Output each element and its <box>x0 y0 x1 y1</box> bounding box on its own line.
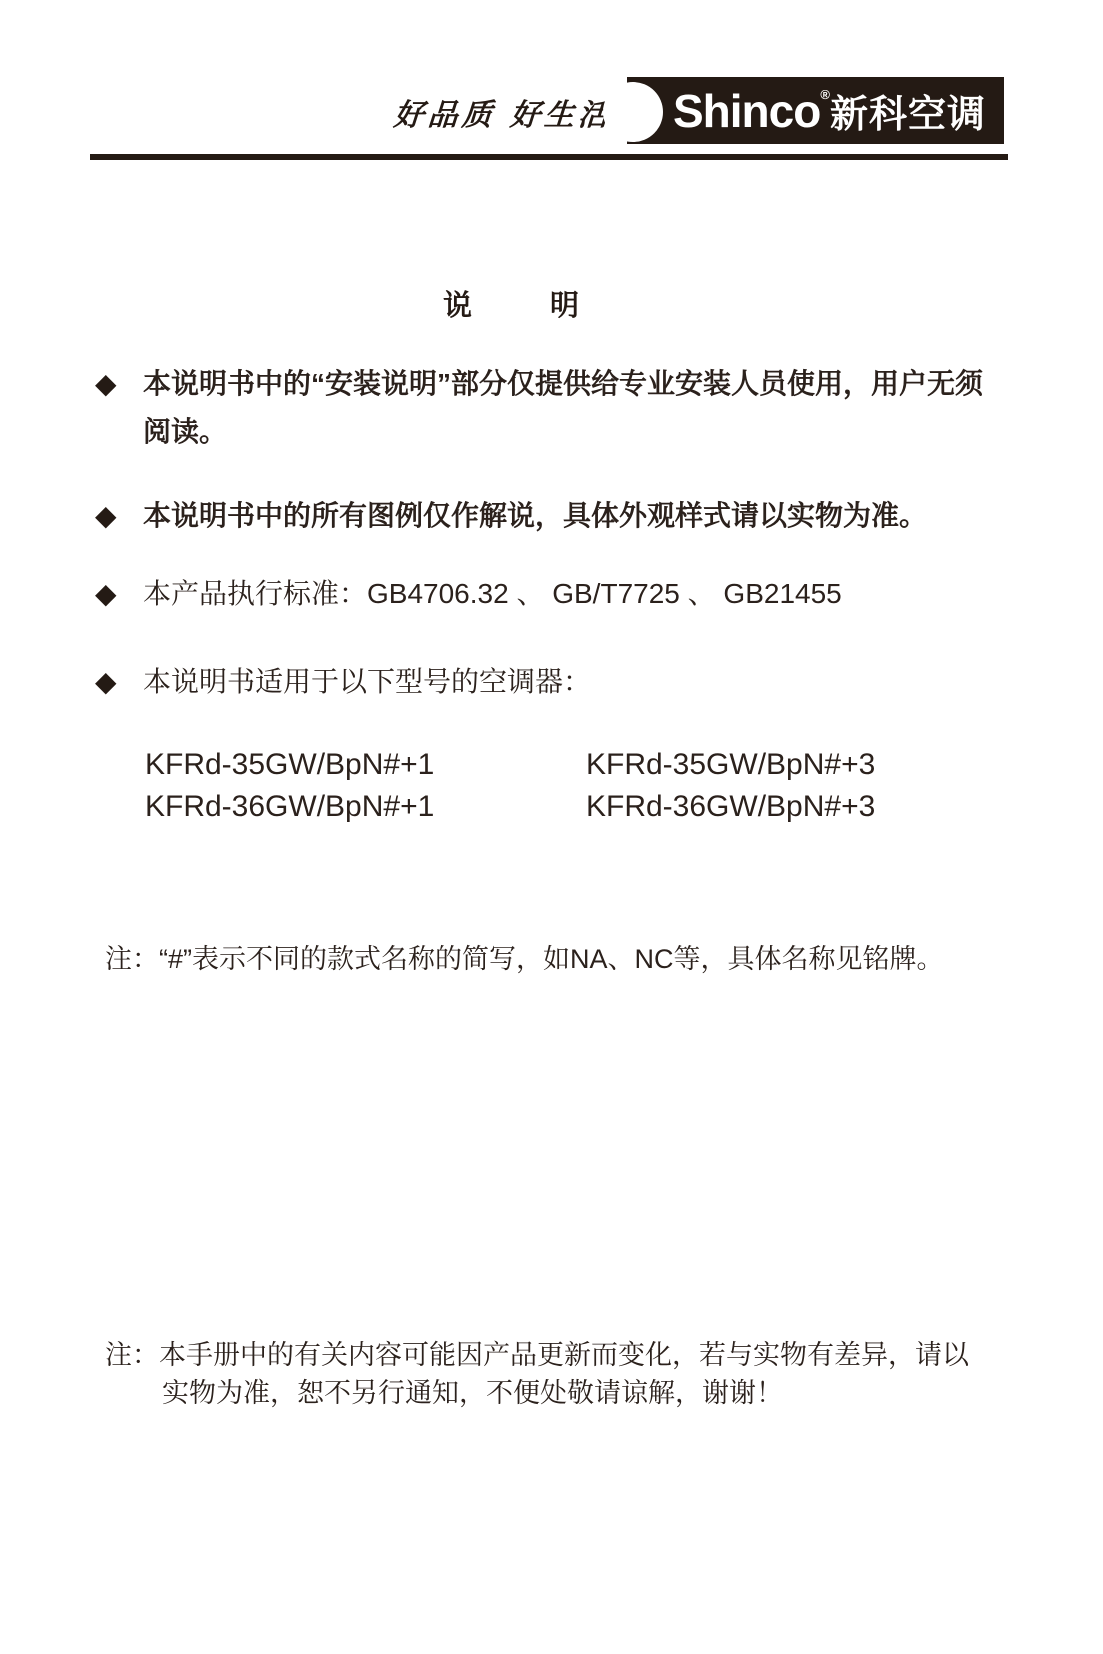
disclaimer-note: 注：本手册中的有关内容可能因产品更新而变化，若与实物有差异，请以 实物为准，恕不… <box>105 1336 969 1412</box>
disclaimer-line2: 实物为准，恕不另行通知，不便处敬请谅解，谢谢！ <box>105 1374 969 1412</box>
brand-slogan: 好品质 好生活 <box>392 90 614 134</box>
model-number: KFRd-35GW/BpN#+1 <box>145 748 434 782</box>
registered-trademark-icon: ® <box>820 87 830 102</box>
disclaimer-line1: 本手册中的有关内容可能因产品更新而变化，若与实物有差异，请以 <box>159 1340 969 1370</box>
diamond-bullet-icon: ◆ <box>95 360 123 408</box>
model-number: KFRd-36GW/BpN#+1 <box>145 790 434 824</box>
brand-banner: Shinco®新科空调 <box>627 77 1004 144</box>
brand-chinese-name: 新科空调 <box>830 94 986 136</box>
bullet-install-note-line1: 本说明书中的“安装说明”部分仅提供给专业安装人员使用，用户无须 <box>143 360 983 408</box>
model-suffix-note-text: “#”表示不同的款式名称的简写，如NA、NC等，具体名称见铭牌。 <box>159 944 944 974</box>
model-suffix-note: 注：“#”表示不同的款式名称的简写，如NA、NC等，具体名称见铭牌。 <box>105 941 944 977</box>
bullet-illustration-note: ◆ 本说明书中的所有图例仅作解说，具体外观样式请以实物为准。 <box>95 492 927 540</box>
bullet-illustration-note-line1: 本说明书中的所有图例仅作解说，具体外观样式请以实物为准。 <box>143 492 927 540</box>
bullet-install-note: ◆ 本说明书中的“安装说明”部分仅提供给专业安装人员使用，用户无须 阅读。 <box>95 360 983 456</box>
diamond-bullet-icon: ◆ <box>95 658 123 706</box>
page-title: 说 明 <box>443 283 579 324</box>
page-title-char-right: 明 <box>550 283 579 324</box>
diamond-bullet-icon: ◆ <box>95 492 123 540</box>
note-prefix: 注： <box>105 944 159 974</box>
diamond-bullet-icon: ◆ <box>95 570 123 618</box>
shinco-logo-text: Shinco <box>673 85 820 137</box>
bullet-install-note-line2: 阅读。 <box>143 408 983 456</box>
header-divider <box>90 154 1008 160</box>
model-number: KFRd-36GW/BpN#+3 <box>586 790 875 824</box>
note-prefix: 注： <box>105 1340 159 1370</box>
brand-logo: Shinco®新科空调 <box>673 83 986 138</box>
model-number: KFRd-35GW/BpN#+3 <box>586 748 875 782</box>
bullet-standards-line1: 本产品执行标准：GB4706.32 、 GB/T7725 、 GB21455 <box>143 570 842 618</box>
bullet-standards: ◆ 本产品执行标准：GB4706.32 、 GB/T7725 、 GB21455 <box>95 570 842 618</box>
bullet-applicable-models: ◆ 本说明书适用于以下型号的空调器： <box>95 658 591 706</box>
manual-page: 好品质 好生活 Shinco®新科空调 说 明 ◆ 本说明书中的“安装说明”部分… <box>0 0 1103 1654</box>
bullet-applicable-models-line1: 本说明书适用于以下型号的空调器： <box>143 658 591 706</box>
page-title-char-left: 说 <box>443 283 472 324</box>
